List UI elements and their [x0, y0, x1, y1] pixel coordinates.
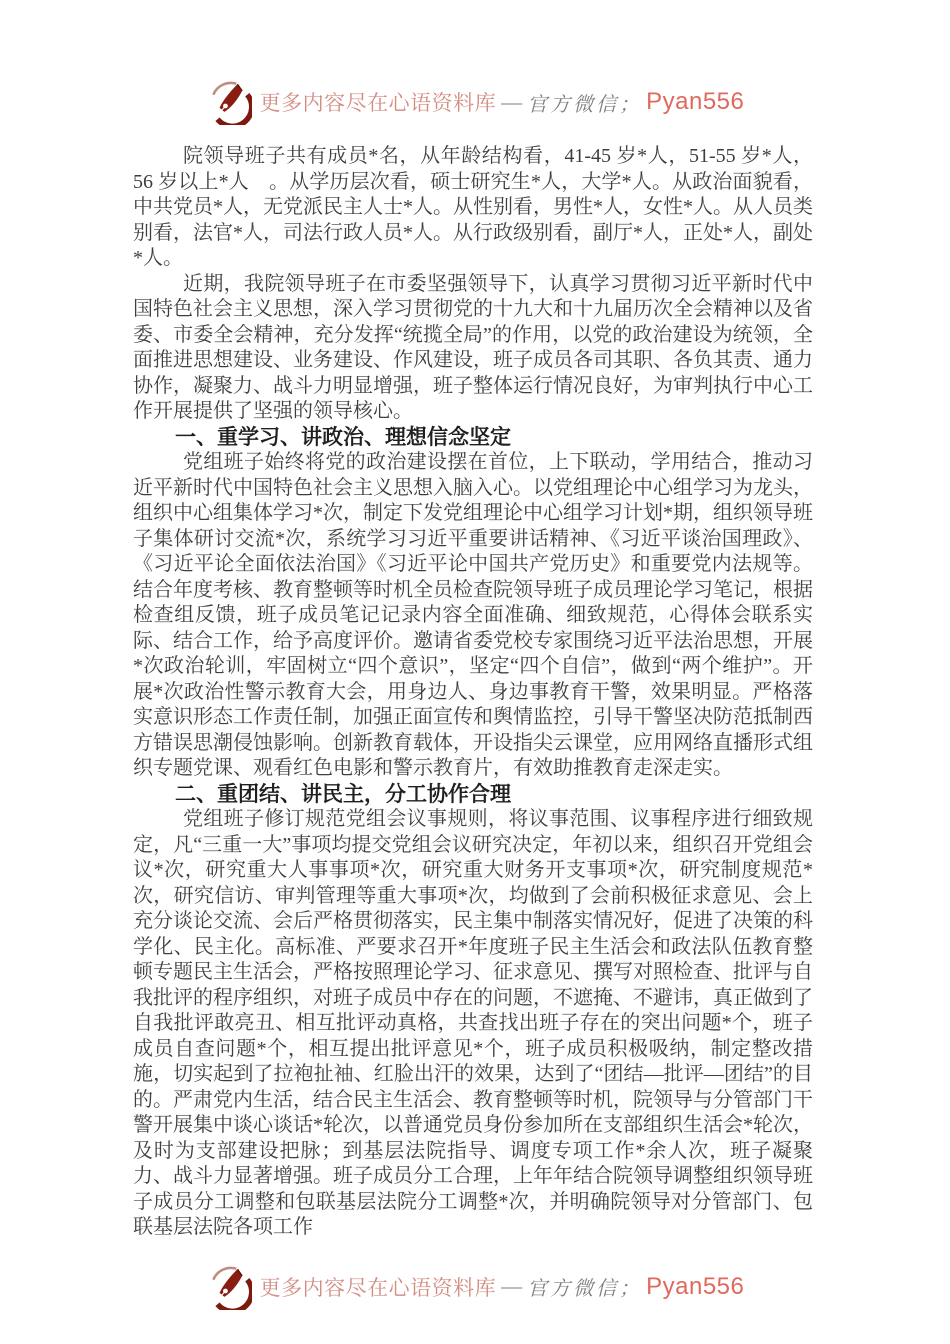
document-body: 院领导班子共有成员*名，从年龄结构看，41-45 岁*人，51-55 岁*人，5…: [133, 144, 813, 1241]
footer-brandbar: 更多内容尽在心语资料库 — 官方微信； Pyan556: [0, 1263, 950, 1311]
paragraph-team-composition: 院领导班子共有成员*名，从年龄结构看，41-45 岁*人，51-55 岁*人，5…: [133, 144, 813, 272]
wechat-label: 官方微信；: [527, 88, 642, 117]
ink-pen-logo-icon: [206, 79, 252, 125]
ink-pen-logo-icon: [206, 1264, 252, 1310]
brand-slogan: 更多内容尽在心语资料库: [260, 87, 497, 117]
document-page: 更多内容尽在心语资料库 — 官方微信； Pyan556 院领导班子共有成员*名，…: [0, 0, 950, 1344]
wechat-id: Pyan556: [646, 1273, 744, 1301]
section-heading-1: 一、重学习、讲政治、理想信念坚定: [133, 425, 813, 451]
brand-slogan: 更多内容尽在心语资料库: [260, 1272, 497, 1302]
section-heading-2: 二、重团结、讲民主，分工协作合理: [133, 782, 813, 808]
paragraph-section-2: 党组班子修订规范党组会议事规则，将议事范围、议事程序进行细致规定，凡“三重一大”…: [133, 807, 813, 1241]
paragraph-section-1: 党组班子始终将党的政治建设摆在首位，上下联动，学用结合，推动习近平新时代中国特色…: [133, 450, 813, 782]
brand-dash: —: [501, 1274, 522, 1299]
paragraph-overview: 近期，我院领导班子在市委坚强领导下，认真学习贯彻习近平新时代中国特色社会主义思想…: [133, 272, 813, 425]
wechat-label: 官方微信；: [527, 1272, 642, 1301]
header-brandbar: 更多内容尽在心语资料库 — 官方微信； Pyan556: [0, 78, 950, 126]
wechat-id: Pyan556: [646, 88, 744, 116]
brand-dash: —: [501, 90, 522, 115]
